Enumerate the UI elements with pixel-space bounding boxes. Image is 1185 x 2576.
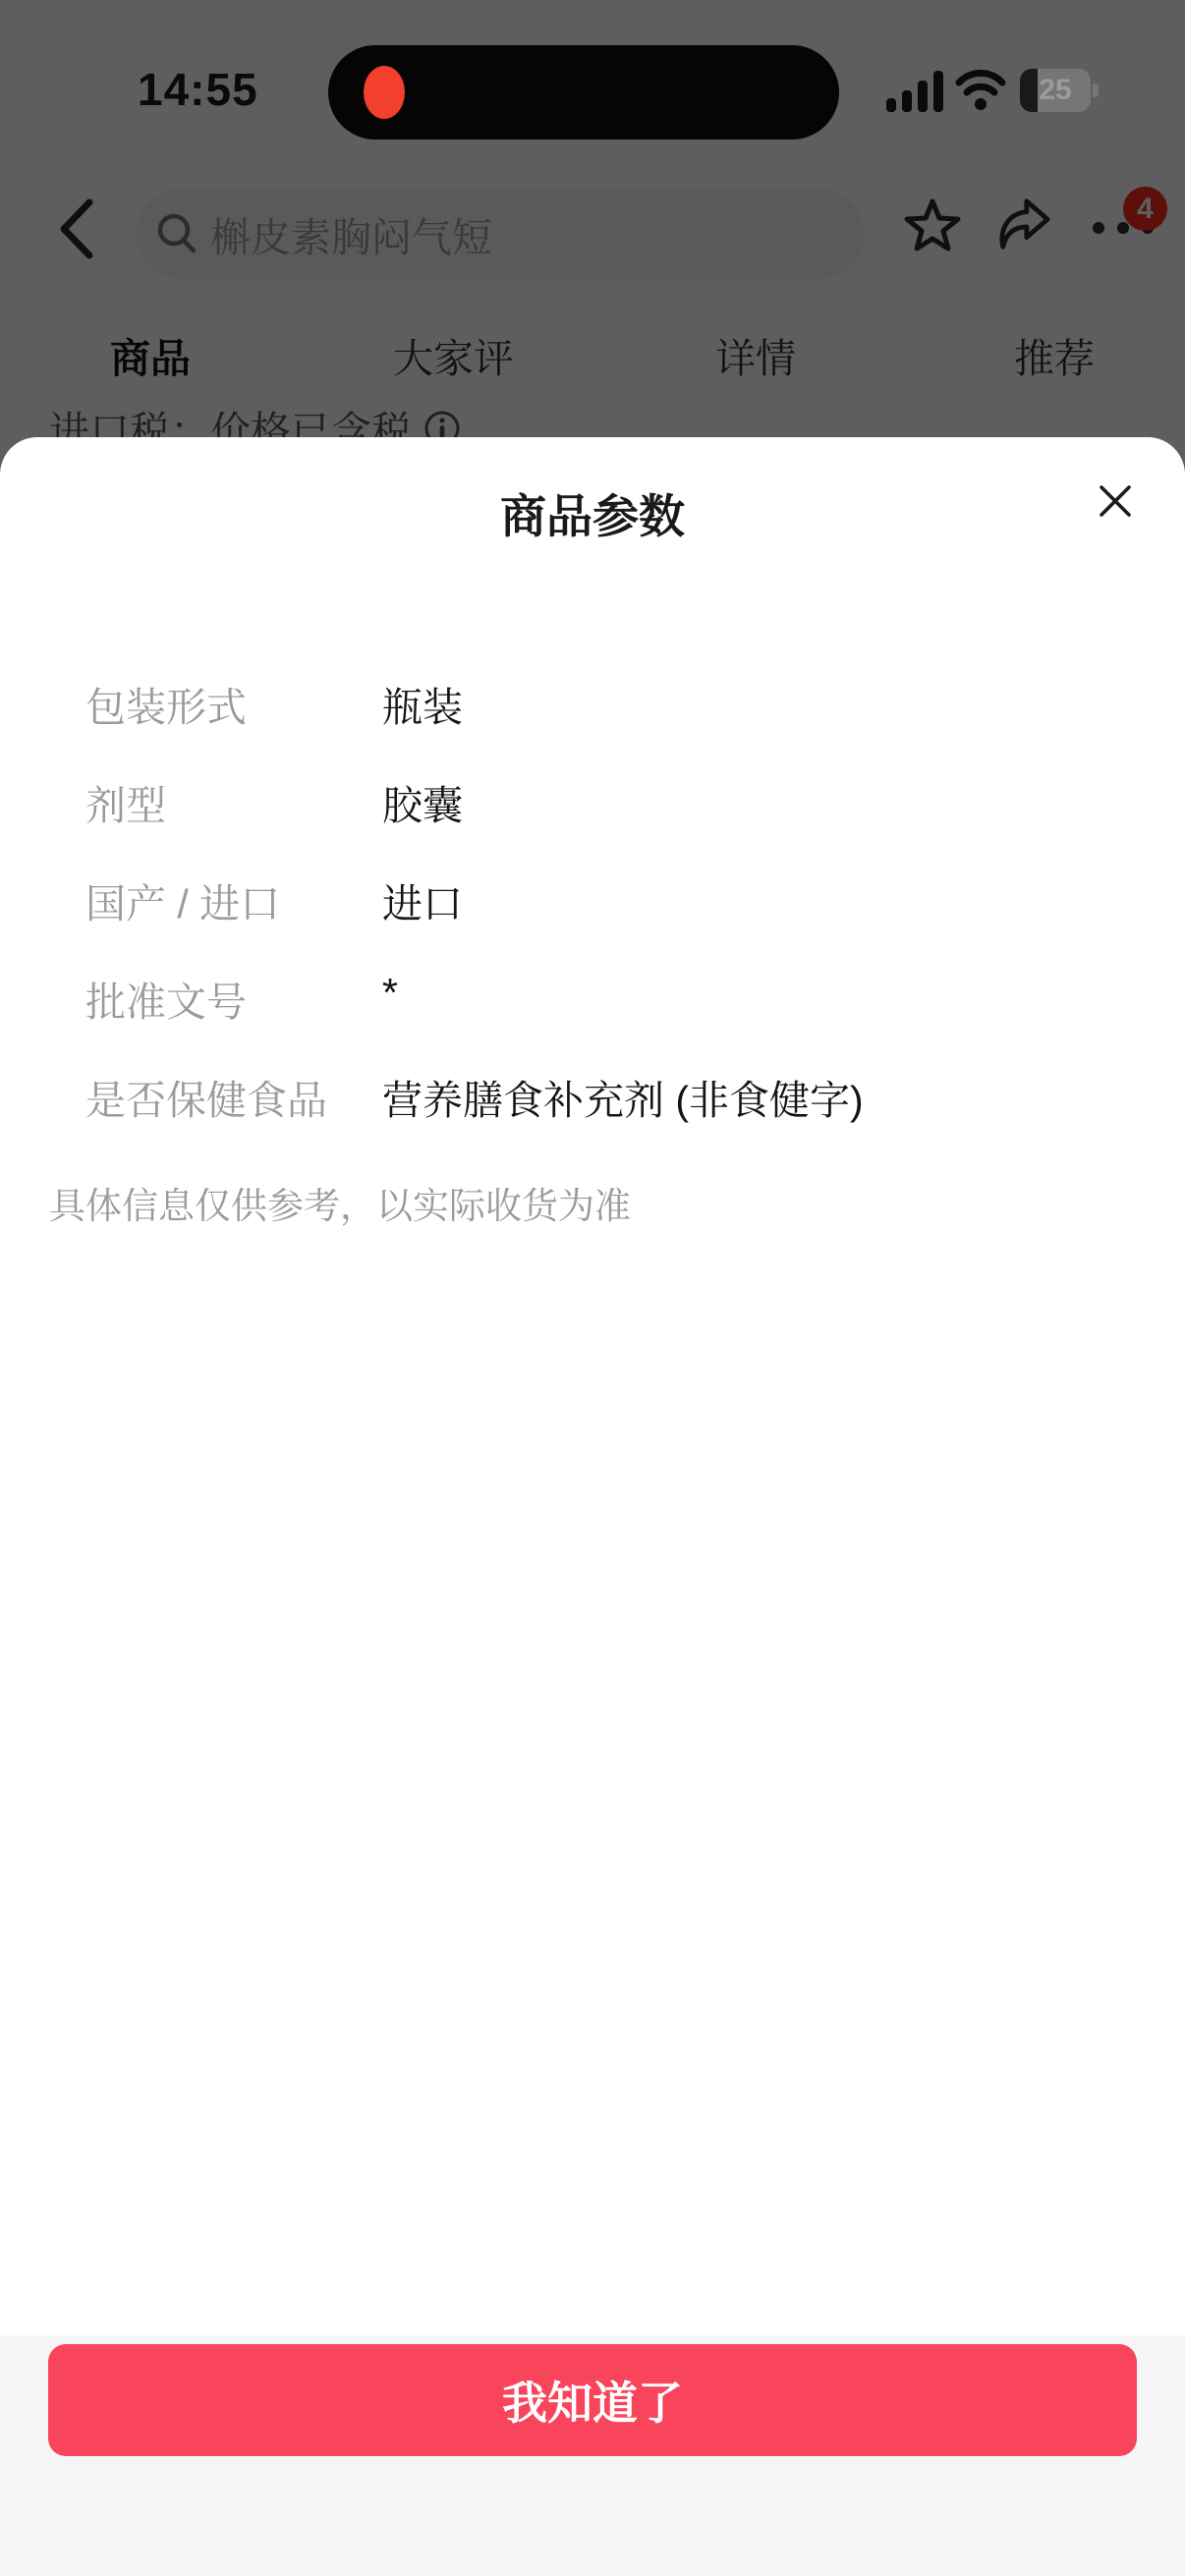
close-icon: [1095, 480, 1136, 522]
param-label: 批准文号: [85, 970, 247, 1028]
param-value: 进口: [382, 871, 463, 929]
param-row: 包装形式 瓶装: [0, 675, 1185, 724]
param-row: 剂型 胶囊: [0, 773, 1185, 822]
param-label: 包装形式: [85, 675, 247, 733]
param-label: 是否保健食品: [85, 1068, 327, 1126]
param-value: *: [382, 970, 398, 1016]
param-label: 剂型: [85, 773, 166, 831]
confirm-button[interactable]: 我知道了: [48, 2344, 1137, 2456]
param-row: 是否保健食品 营养膳食补充剂 (非食健字): [0, 1068, 1185, 1117]
param-value: 瓶装: [382, 675, 463, 733]
param-value: 营养膳食补充剂 (非食健字): [382, 1068, 864, 1126]
param-row: 国产 / 进口 进口: [0, 871, 1185, 921]
close-button[interactable]: [1091, 476, 1140, 526]
sheet-footer: 我知道了: [0, 2335, 1185, 2576]
disclaimer-text: 具体信息仅供参考，以实际收货为准: [49, 1176, 631, 1229]
product-params-sheet: 商品参数 包装形式 瓶装 剂型 胶囊 国产 / 进口 进口 批准文号 * 是否保…: [0, 437, 1185, 2576]
param-label: 国产 / 进口: [85, 871, 280, 929]
screen: 槲皮素胸闷气短 4 商品 大家评 详情 推荐 进口税：价格已含税: [0, 0, 1185, 2576]
param-value: 胶囊: [382, 773, 463, 831]
param-row: 批准文号 *: [0, 970, 1185, 1019]
sheet-title: 商品参数: [0, 480, 1185, 546]
